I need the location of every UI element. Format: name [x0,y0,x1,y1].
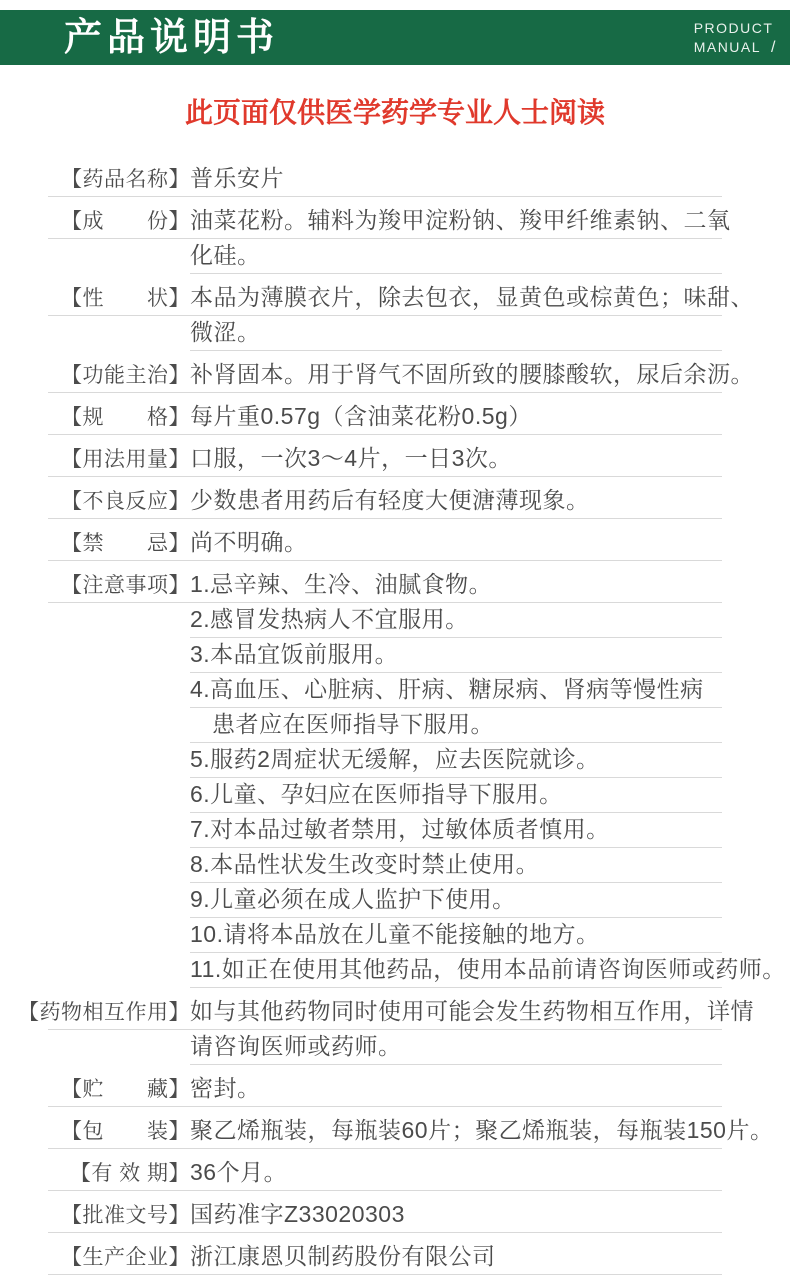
field-value: 密封。 [190,1077,261,1100]
row-precautions-item-7: 7.对本品过敏者禁用，过敏体质者慎用。 [190,813,722,848]
field-value: 如与其他药物同时使用可能会发生药物相互作用，详情 [190,1000,754,1023]
field-value: 2.感冒发热病人不宜服用。 [190,608,469,631]
field-value: 微涩。 [190,321,261,344]
field-value: 5.服药2周症状无缓解，应去医院就诊。 [190,748,599,771]
field-value: 3.本品宜饭前服用。 [190,643,398,666]
field-value: 9.儿童必须在成人监护下使用。 [190,888,516,911]
row-approval-number: 【批准文号】 国药准字Z33020303 [48,1191,722,1233]
row-interactions: 【药物相互作用】 如与其他药物同时使用可能会发生药物相互作用，详情 [48,988,722,1030]
header-english-subtitle: PRODUCT MANUAL/ [694,19,777,57]
slash-mark: / [771,38,777,57]
professional-notice: 此页面仅供医学药学专业人士阅读 [0,97,790,130]
field-label: 【禁 忌】 [61,533,190,554]
field-label: 【包 装】 [61,1121,190,1142]
row-precautions-item-4: 4.高血压、心脏病、肝病、糖尿病、肾病等慢性病 [190,673,722,708]
field-value: 本品为薄膜衣片，除去包衣，显黄色或棕黄色；味甜、 [190,286,754,309]
field-value: 4.高血压、心脏病、肝病、糖尿病、肾病等慢性病 [190,678,704,701]
page-title: 产品说明书 [64,17,279,59]
field-value: 请咨询医师或药师。 [190,1035,402,1058]
row-drug-name: 【药品名称】 普乐安片 [48,159,722,197]
row-interactions-cont: 请咨询医师或药师。 [190,1030,722,1065]
row-precautions-item-5: 5.服药2周症状无缓解，应去医院就诊。 [190,743,722,778]
field-label: 【不良反应】 [61,491,190,512]
field-label: 【注意事项】 [61,575,190,596]
row-composition: 【成 份】 油菜花粉。辅料为羧甲淀粉钠、羧甲纤维素钠、二氧 [48,197,722,239]
row-precautions-item-3: 3.本品宜饭前服用。 [190,638,722,673]
field-value: 患者应在医师指导下服用。 [212,713,494,736]
field-label: 【药品名称】 [61,169,190,190]
row-precautions-item-11: 11.如正在使用其他药品，使用本品前请咨询医师或药师。 [190,953,722,988]
field-label: 【规 格】 [61,407,190,428]
row-contraindications: 【禁 忌】 尚不明确。 [48,519,722,561]
field-label: 【药物相互作用】 [18,1002,190,1023]
row-adverse-reactions: 【不良反应】 少数患者用药后有轻度大便溏薄现象。 [48,477,722,519]
header-band: 产品说明书 PRODUCT MANUAL/ [0,10,790,65]
field-value: 油菜花粉。辅料为羧甲淀粉钠、羧甲纤维素钠、二氧 [190,209,731,232]
field-label: 【性 状】 [61,288,190,309]
field-value: 口服，一次3～4片，一日3次。 [190,447,512,470]
row-properties: 【性 状】 本品为薄膜衣片，除去包衣，显黄色或棕黄色；味甜、 [48,274,722,316]
field-value: 10.请将本品放在儿童不能接触的地方。 [190,923,599,946]
field-value: 补肾固本。用于肾气不固所致的腰膝酸软，尿后余沥。 [190,363,754,386]
field-label: 【贮 藏】 [61,1079,190,1100]
field-value: 7.对本品过敏者禁用，过敏体质者慎用。 [190,818,610,841]
row-storage: 【贮 藏】 密封。 [48,1065,722,1107]
row-precautions-item-4-cont: 患者应在医师指导下服用。 [190,708,722,743]
field-value: 聚乙烯瓶装，每瓶装60片；聚乙烯瓶装，每瓶装150片。 [190,1119,773,1142]
row-properties-cont: 微涩。 [190,316,722,351]
field-label: 【成 份】 [61,211,190,232]
field-value: 普乐安片 [190,167,284,190]
row-functions: 【功能主治】 补肾固本。用于肾气不固所致的腰膝酸软，尿后余沥。 [48,351,722,393]
row-packaging: 【包 装】 聚乙烯瓶装，每瓶装60片；聚乙烯瓶装，每瓶装150片。 [48,1107,722,1149]
row-precautions-item-10: 10.请将本品放在儿童不能接触的地方。 [190,918,722,953]
manual-fields: 【药品名称】 普乐安片 【成 份】 油菜花粉。辅料为羧甲淀粉钠、羧甲纤维素钠、二… [0,159,790,1275]
field-label: 【批准文号】 [61,1205,190,1226]
field-label: 【生产企业】 [61,1247,190,1268]
product-manual-page: { "header": { "band_title": "产品说明书", "pr… [0,0,790,1277]
header-product-line: PRODUCT [694,19,777,38]
row-precautions-item-9: 9.儿童必须在成人监护下使用。 [190,883,722,918]
row-composition-cont: 化硅。 [190,239,722,274]
field-value: 国药准字Z33020303 [190,1203,405,1226]
header-manual-line: MANUAL/ [694,38,777,57]
field-value: 1.忌辛辣、生冷、油腻食物。 [190,573,492,596]
field-value: 36个月。 [190,1161,287,1184]
row-precautions-item-2: 2.感冒发热病人不宜服用。 [190,603,722,638]
field-value: 浙江康恩贝制药股份有限公司 [190,1245,496,1268]
row-specification: 【规 格】 每片重0.57g（含油菜花粉0.5g） [48,393,722,435]
field-value: 尚不明确。 [190,531,308,554]
row-validity-period: 【有 效 期】 36个月。 [48,1149,722,1191]
row-precautions-item-1: 【注意事项】 1.忌辛辣、生冷、油腻食物。 [48,561,722,603]
row-precautions-item-8: 8.本品性状发生改变时禁止使用。 [190,848,722,883]
row-dosage: 【用法用量】 口服，一次3～4片，一日3次。 [48,435,722,477]
field-label: 【有 效 期】 [70,1163,190,1184]
row-manufacturer: 【生产企业】 浙江康恩贝制药股份有限公司 [48,1233,722,1275]
row-precautions-item-6: 6.儿童、孕妇应在医师指导下服用。 [190,778,722,813]
field-value: 少数患者用药后有轻度大便溏薄现象。 [190,489,590,512]
field-value: 化硅。 [190,244,261,267]
field-value: 8.本品性状发生改变时禁止使用。 [190,853,539,876]
field-value: 每片重0.57g（含油菜花粉0.5g） [190,405,532,428]
field-label: 【用法用量】 [61,449,190,470]
field-value: 6.儿童、孕妇应在医师指导下服用。 [190,783,563,806]
field-value: 11.如正在使用其他药品，使用本品前请咨询医师或药师。 [190,958,786,981]
field-label: 【功能主治】 [61,365,190,386]
